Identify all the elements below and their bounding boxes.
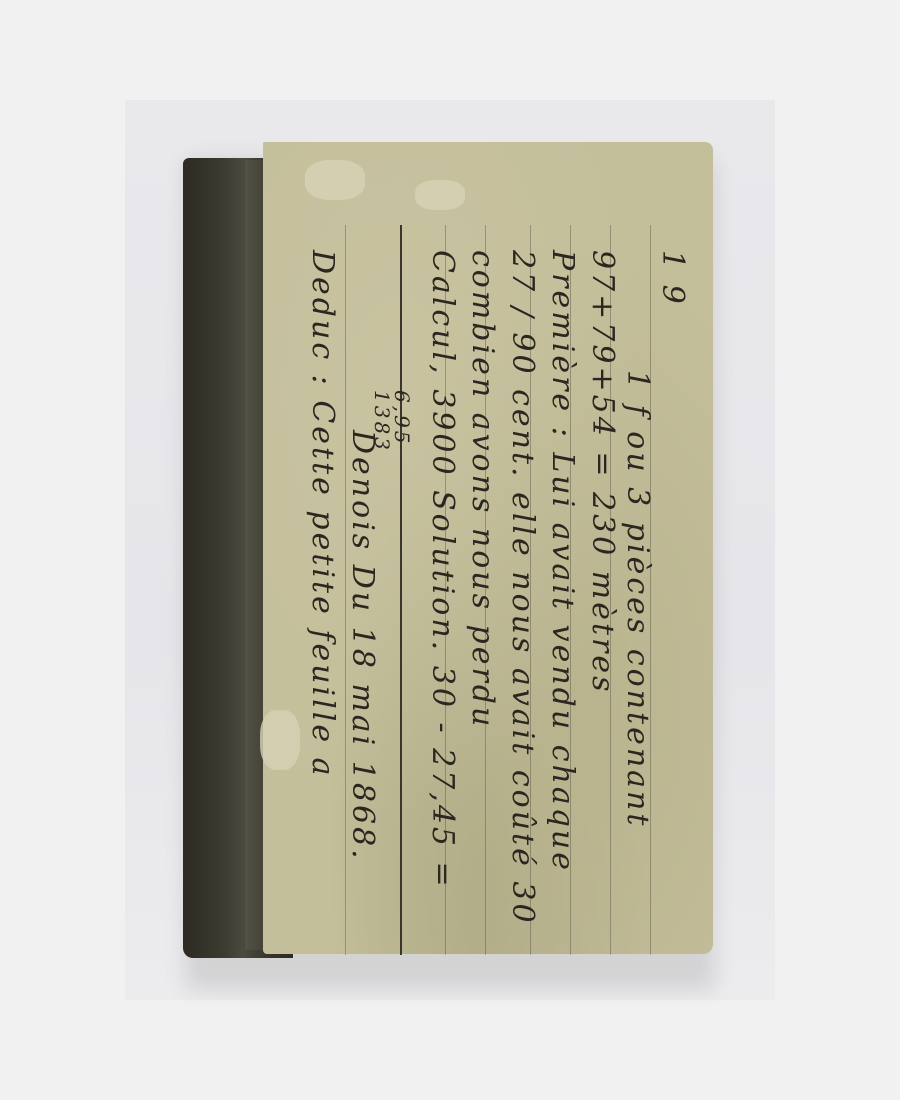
hw-line: 1 9 bbox=[655, 250, 690, 307]
hw-line: 1 f ou 3 pièces contenant bbox=[620, 370, 655, 828]
hw-line: Deduc : Cette petite feuille a bbox=[305, 250, 340, 779]
hw-line: Denois Du 18 mai 1868. bbox=[345, 430, 380, 862]
hw-line: Première : Lui avait vendu chaque bbox=[545, 250, 580, 873]
hw-line: 27 / 90 cent. elle nous avait coûté 30 bbox=[505, 250, 540, 926]
hw-line: Calcul, 3900 Solution. 30 - 27,45 = bbox=[425, 250, 460, 890]
stain-1 bbox=[305, 160, 365, 200]
hw-line: 97+79+54 = 230 mètres bbox=[585, 250, 620, 695]
hw-line: combien avons nous perdu bbox=[465, 250, 500, 729]
stain-2 bbox=[415, 180, 465, 210]
handwritten-text: 1 9 1 f ou 3 pièces contenant 97+79+54 =… bbox=[230, 230, 670, 950]
